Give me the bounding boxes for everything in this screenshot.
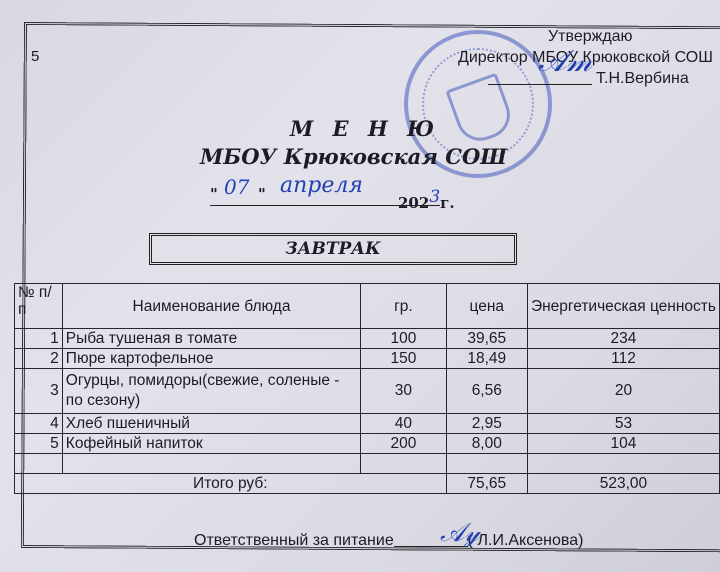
responsible-line: Ответственный за питание( Л.И.Аксенова) <box>194 532 583 550</box>
date-close-quote: " <box>258 185 266 203</box>
header-price: цена <box>446 284 527 329</box>
header-grams: гр. <box>361 284 446 329</box>
approval-signature-line: Т.Н.Вербина <box>488 68 713 89</box>
table-header-row: № п/п Наименование блюда гр. цена Энерге… <box>15 284 720 329</box>
total-energy: 523,00 <box>527 474 719 494</box>
total-label: Итого руб: <box>15 474 447 494</box>
responsible-name: ( Л.И.Аксенова) <box>468 532 584 549</box>
date-open-quote: " <box>210 185 218 203</box>
table-row: 5 Кофейный напиток 200 8,00 104 <box>15 434 720 454</box>
table-row: 4 Хлеб пшеничный 40 2,95 53 <box>15 414 720 434</box>
header-energy: Энергетическая ценность <box>527 284 719 329</box>
table-row: 2 Пюре картофельное 150 18,49 112 <box>15 349 720 369</box>
director-signature-line <box>488 84 592 85</box>
date-day: 07 <box>224 175 249 199</box>
header-name: Наименование блюда <box>62 284 360 329</box>
school-name: МБОУ Крюковская СОШ <box>200 144 507 169</box>
date-month: апреля <box>280 173 363 198</box>
menu-table: № п/п Наименование блюда гр. цена Энерге… <box>14 283 720 494</box>
table-total-row: Итого руб: 75,65 523,00 <box>15 474 720 494</box>
table-row: 3 Огурцы, помидоры(свежие, соленые - по … <box>15 369 720 414</box>
header-num: № п/п <box>15 284 63 329</box>
table-row-empty <box>15 454 720 474</box>
meal-title: ЗАВТРАК <box>149 233 517 265</box>
table-row: 1 Рыба тушеная в томате 100 39,65 234 <box>15 329 720 349</box>
page-title: М Е Н Ю <box>290 116 440 141</box>
responsible-signature-icon: 𝒜𝓎 <box>440 518 480 549</box>
responsible-label: Ответственный за питание <box>194 532 394 549</box>
director-signature-icon: 𝒜𝓂 <box>538 44 592 79</box>
date-year: 2023г. <box>398 187 455 212</box>
total-price: 75,65 <box>446 474 527 494</box>
page-number: 5 <box>31 48 39 65</box>
director-name: Т.Н.Вербина <box>596 70 689 87</box>
